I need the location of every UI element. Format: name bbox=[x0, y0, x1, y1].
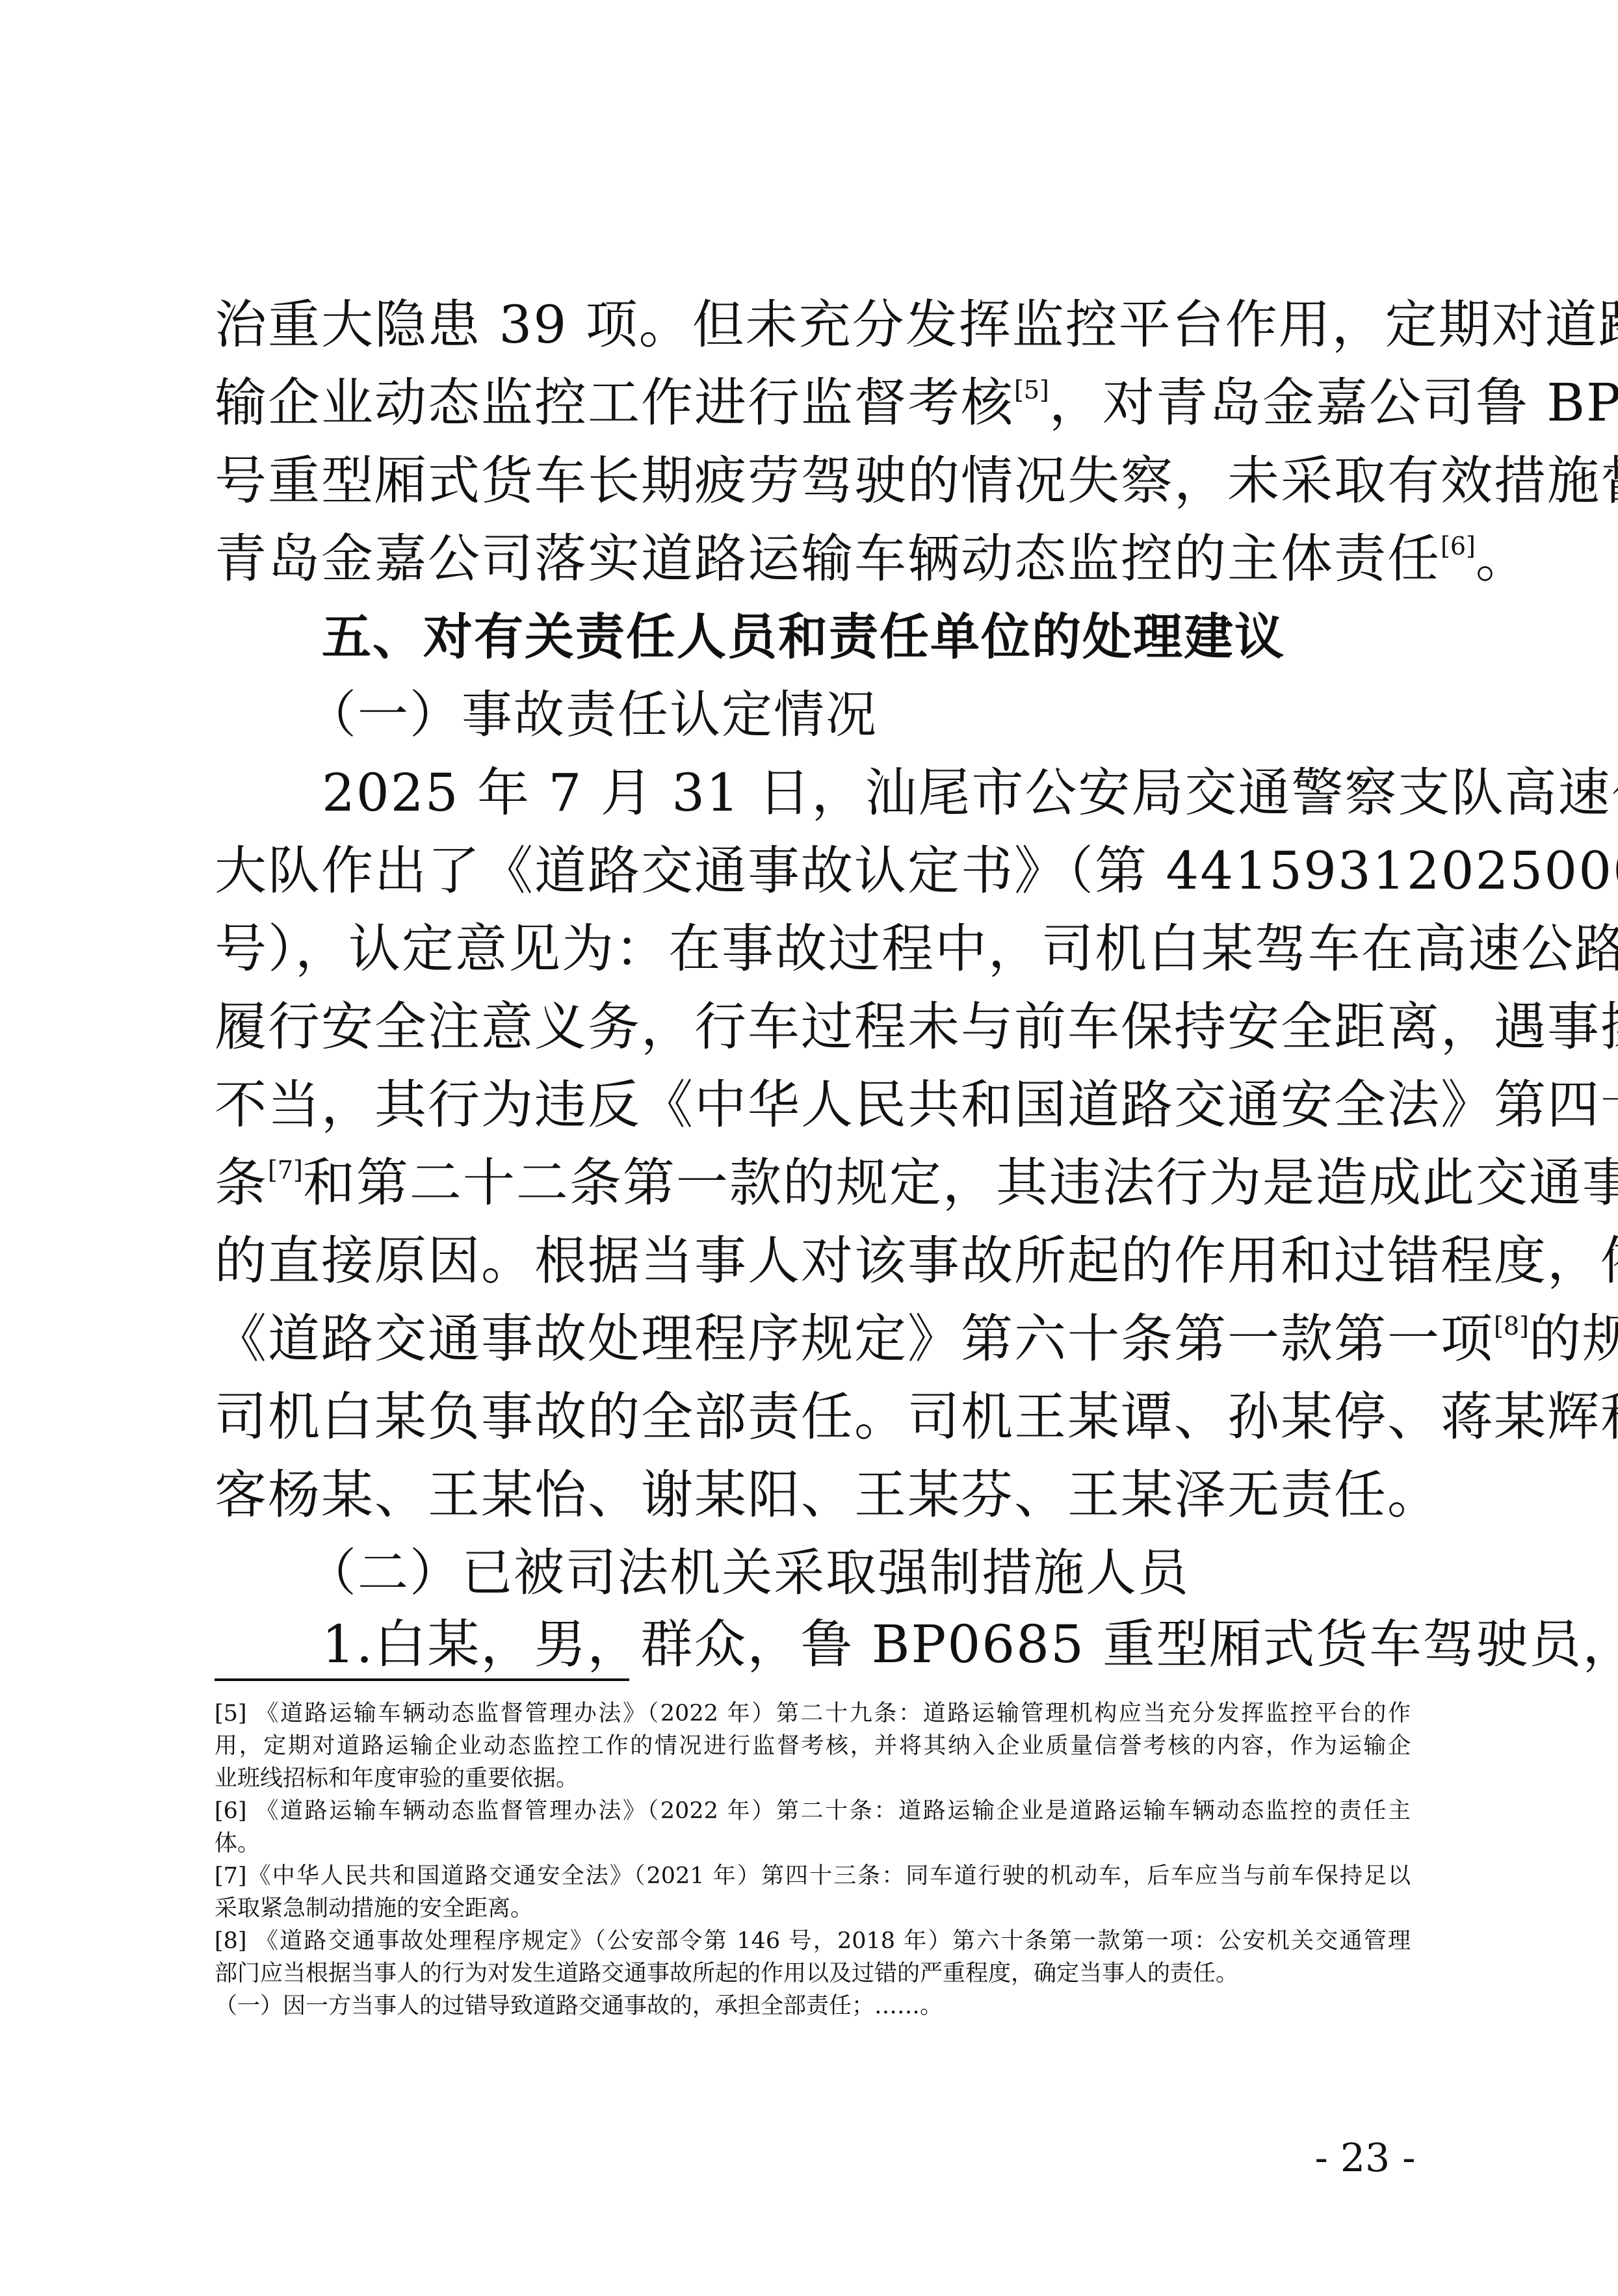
body-line-text: ，对青岛金嘉公司鲁 BP0685 bbox=[1049, 372, 1618, 433]
footnote-text: [6] 《道路运输车辆动态监督管理办法》（2022 年）第二十条：道路运输企业是… bbox=[215, 1798, 1411, 1824]
body-line: 2025 年 7 月 31 日，汕尾市公安局交通警察支队高速公路二 bbox=[322, 757, 1411, 829]
body-line: 不当，其行为违反《中华人民共和国道路交通安全法》第四十三 bbox=[215, 1069, 1411, 1141]
body-line-text: 客杨某、王某怡、谢某阳、王某芬、王某泽无责任。 bbox=[215, 1465, 1441, 1525]
footnote-6: [6] 《道路运输车辆动态监督管理办法》（2022 年）第二十条：道路运输企业是… bbox=[215, 1795, 1411, 1827]
page-number: - 23 - bbox=[1294, 2135, 1437, 2181]
body-line-text: 条 bbox=[215, 1153, 268, 1213]
body-line-text: 《道路交通事故处理程序规定》第六十条第一款第一项 bbox=[215, 1309, 1494, 1369]
footnote-separator bbox=[215, 1678, 629, 1681]
footnote-7: 采取紧急制动措施的安全距离。 bbox=[215, 1893, 1411, 1924]
footnote-8: [8] 《道路交通事故处理程序规定》（公安部令第 146 号，2018 年）第六… bbox=[215, 1925, 1411, 1957]
footnote-6: 体。 bbox=[215, 1828, 1411, 1859]
footnote-ref-7[interactable]: [7] bbox=[268, 1156, 303, 1184]
subsection-heading-text: （二）已被司法机关采取强制措施人员 bbox=[306, 1544, 1190, 1602]
footnote-7: [7]《中华人民共和国道路交通安全法》（2021 年）第四十三条：同车道行驶的机… bbox=[215, 1860, 1411, 1892]
footnote-text: 用，定期对道路运输企业动态监控工作的情况进行监督考核，并将其纳入企业质量信誉考核… bbox=[215, 1733, 1411, 1759]
body-line-text: 大队作出了《道路交通事故认定书》（第 441593120250000062 bbox=[215, 841, 1618, 901]
section-heading: 五、对有关责任人员和责任单位的处理建议 bbox=[322, 601, 1427, 673]
body-line: 大队作出了《道路交通事故认定书》（第 441593120250000062 bbox=[215, 835, 1411, 907]
body-line-text: 输企业动态监控工作进行监督考核 bbox=[215, 372, 1014, 433]
footnote-ref-6[interactable]: [6] bbox=[1441, 532, 1476, 560]
body-line-text: 1.白某，男，群众，鲁 BP0685 重型厢式货车驾驶员，多次 bbox=[322, 1614, 1618, 1675]
footnote-8: （一）因一方当事人的过错导致道路交通事故的，承担全部责任；……。 bbox=[215, 1990, 1411, 2022]
footnote-5: 用，定期对道路运输企业动态监控工作的情况进行监督考核，并将其纳入企业质量信誉考核… bbox=[215, 1730, 1411, 1762]
footnote-text: 部门应当根据当事人的行为对发生道路交通事故所起的作用以及过错的严重程度，确定当事… bbox=[215, 1961, 1238, 1987]
footnote-text: [8] 《道路交通事故处理程序规定》（公安部令第 146 号，2018 年）第六… bbox=[215, 1928, 1411, 1954]
footnote-ref-5[interactable]: [5] bbox=[1014, 376, 1049, 404]
footnote-ref-8[interactable]: [8] bbox=[1494, 1312, 1529, 1340]
footnote-text: 采取紧急制动措施的安全距离。 bbox=[215, 1896, 533, 1922]
body-line-text: 号），认定意见为：在事故过程中，司机白某驾车在高速公路未 bbox=[215, 919, 1618, 979]
body-line-text: 治重大隐患 39 项。但未充分发挥监控平台作用，定期对道路运 bbox=[215, 294, 1618, 355]
subsection-heading-text: （一）事故责任认定情况 bbox=[306, 686, 878, 744]
footnote-8: 部门应当根据当事人的行为对发生道路交通事故所起的作用以及过错的严重程度，确定当事… bbox=[215, 1958, 1411, 1989]
body-line: 治重大隐患 39 项。但未充分发挥监控平台作用，定期对道路运 bbox=[215, 289, 1411, 361]
body-line-text: 不当，其行为违反《中华人民共和国道路交通安全法》第四十三 bbox=[215, 1075, 1618, 1135]
body-line-text: 司机白某负事故的全部责任。司机王某谭、孙某停、蒋某辉和乘 bbox=[215, 1387, 1618, 1447]
body-line: 1.白某，男，群众，鲁 BP0685 重型厢式货车驾驶员，多次 bbox=[322, 1609, 1411, 1680]
body-line-text: 号重型厢式货车长期疲劳驾驶的情况失察，未采取有效措施督促 bbox=[215, 450, 1618, 511]
body-line: 号重型厢式货车长期疲劳驾驶的情况失察，未采取有效措施督促 bbox=[215, 445, 1411, 517]
footnote-text: [7]《中华人民共和国道路交通安全法》（2021 年）第四十三条：同车道行驶的机… bbox=[215, 1863, 1411, 1889]
footnote-5: 业班线招标和年度审验的重要依据。 bbox=[215, 1763, 1411, 1794]
footnote-text: [5] 《道路运输车辆动态监督管理办法》（2022 年）第二十九条：道路运输管理… bbox=[215, 1701, 1411, 1727]
document-page: 治重大隐患 39 项。但未充分发挥监控平台作用，定期对道路运 输企业动态监控工作… bbox=[0, 0, 1618, 2296]
body-line-text: 青岛金嘉公司落实道路运输车辆动态监控的主体责任 bbox=[215, 528, 1441, 589]
body-line: 号），认定意见为：在事故过程中，司机白某驾车在高速公路未 bbox=[215, 913, 1411, 985]
body-line: 《道路交通事故处理程序规定》第六十条第一款第一项[8]的规定， bbox=[215, 1303, 1411, 1375]
subsection-heading: （一）事故责任认定情况 bbox=[306, 679, 1411, 751]
body-line-text: 。 bbox=[1476, 528, 1529, 589]
body-line: 客杨某、王某怡、谢某阳、王某芬、王某泽无责任。 bbox=[215, 1459, 1411, 1531]
body-line-text: 和第二十二条第一款的规定，其违法行为是造成此交通事故 bbox=[303, 1153, 1618, 1213]
body-line-text: 履行安全注意义务，行车过程未与前车保持安全距离，遇事操作 bbox=[215, 997, 1618, 1057]
footnote-text: （一）因一方当事人的过错导致道路交通事故的，承担全部责任；……。 bbox=[215, 1993, 943, 2019]
footnote-text: 体。 bbox=[215, 1831, 260, 1857]
body-line-text: 2025 年 7 月 31 日，汕尾市公安局交通警察支队高速公路二 bbox=[322, 763, 1618, 823]
body-line: 输企业动态监控工作进行监督考核[5]，对青岛金嘉公司鲁 BP0685 bbox=[215, 367, 1411, 439]
body-line: 条[7]和第二十二条第一款的规定，其违法行为是造成此交通事故 bbox=[215, 1147, 1411, 1219]
footnote-text: 业班线招标和年度审验的重要依据。 bbox=[215, 1766, 579, 1792]
body-line-text: 的直接原因。根据当事人对该事故所起的作用和过错程度，依据 bbox=[215, 1231, 1618, 1291]
subsection-heading: （二）已被司法机关采取强制措施人员 bbox=[306, 1537, 1411, 1609]
section-heading-text: 五、对有关责任人员和责任单位的处理建议 bbox=[322, 608, 1285, 666]
body-line: 司机白某负事故的全部责任。司机王某谭、孙某停、蒋某辉和乘 bbox=[215, 1381, 1411, 1453]
body-line-text: 的规定， bbox=[1529, 1309, 1618, 1369]
body-line: 的直接原因。根据当事人对该事故所起的作用和过错程度，依据 bbox=[215, 1225, 1411, 1297]
body-line: 青岛金嘉公司落实道路运输车辆动态监控的主体责任[6]。 bbox=[215, 523, 1411, 595]
body-line: 履行安全注意义务，行车过程未与前车保持安全距离，遇事操作 bbox=[215, 991, 1411, 1063]
footnote-5: [5] 《道路运输车辆动态监督管理办法》（2022 年）第二十九条：道路运输管理… bbox=[215, 1698, 1411, 1729]
